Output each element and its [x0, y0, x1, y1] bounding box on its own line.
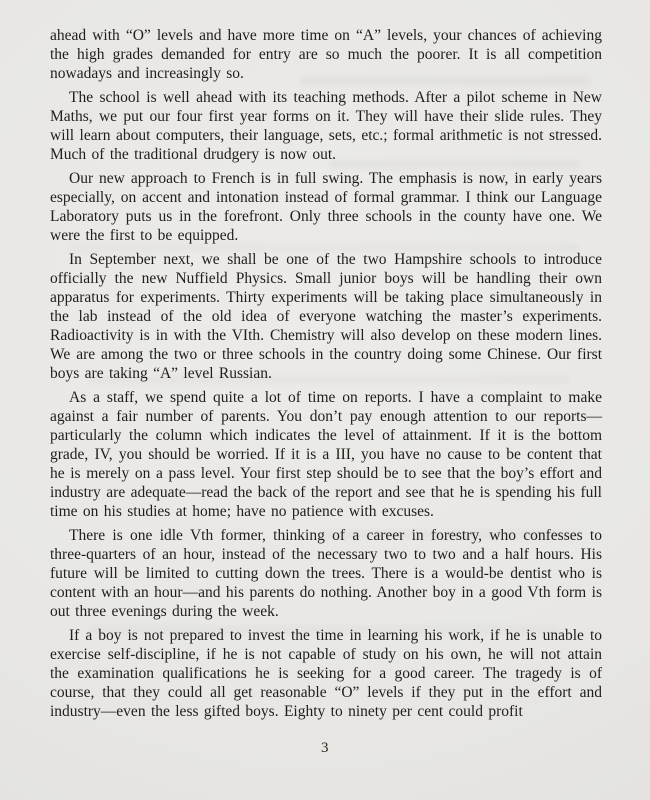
paragraph: As a staff, we spend quite a lot of time… — [50, 388, 602, 521]
paragraph: In September next, we shall be one of th… — [50, 250, 602, 383]
document-page: ahead with “O” levels and have more time… — [0, 0, 650, 800]
paragraph: ahead with “O” levels and have more time… — [50, 26, 602, 83]
page-number: 3 — [0, 740, 650, 757]
paragraph: There is one idle Vth former, thinking o… — [50, 526, 602, 621]
paragraph: The school is well ahead with its teachi… — [50, 88, 602, 164]
paragraph: Our new approach to French is in full sw… — [50, 169, 602, 245]
page-text: ahead with “O” levels and have more time… — [50, 26, 602, 726]
paragraph: If a boy is not prepared to invest the t… — [50, 626, 602, 721]
